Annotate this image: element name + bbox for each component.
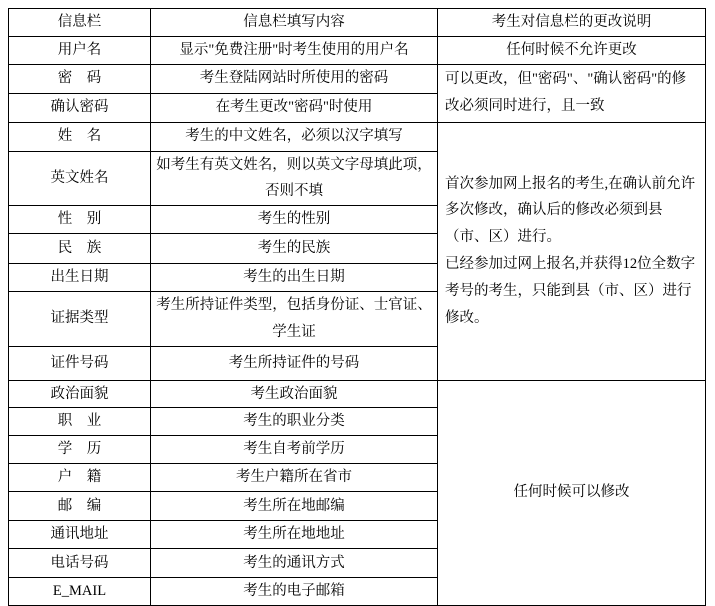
table-row-name: 姓 名 考生的中文姓名，必须以汉字填写 首次参加网上报名的考生,在确认前允许多次… [9, 122, 706, 151]
col-header-content: 信息栏填写内容 [151, 9, 438, 37]
col-header-field: 信息栏 [9, 9, 151, 37]
row-label: 证件号码 [9, 346, 151, 380]
row-content: 考生的通讯方式 [151, 548, 438, 577]
row-content: 在考生更改"密码"时使用 [151, 93, 438, 122]
row-content: 如考生有英文姓名，则以英文字母填此项，否则不填 [151, 151, 438, 206]
identity-note-repeat: 已经参加过网上报名,并获得12位全数字考号的考生，只能到县（市、区）进行修改。 [445, 251, 700, 331]
row-content: 考生政治面貌 [151, 380, 438, 408]
row-content: 考生的中文姓名，必须以汉字填写 [151, 122, 438, 151]
table-row-username: 用户名 显示"免费注册"时考生使用的用户名 任何时候不允许更改 [9, 36, 706, 64]
row-label: 用户名 [9, 36, 151, 64]
row-label: 证据类型 [9, 291, 151, 346]
row-label: E_MAIL [9, 577, 151, 605]
identity-note-first-time: 首次参加网上报名的考生,在确认前允许多次修改，确认后的修改必须到县（市、区）进行… [445, 171, 700, 251]
row-content: 考生所持证件的号码 [151, 346, 438, 380]
row-label: 通讯地址 [9, 520, 151, 548]
row-content: 考生的电子邮箱 [151, 577, 438, 605]
row-label: 民 族 [9, 234, 151, 264]
row-label: 确认密码 [9, 93, 151, 122]
row-label: 姓 名 [9, 122, 151, 151]
registration-fields-table: 信息栏 信息栏填写内容 考生对信息栏的更改说明 用户名 显示"免费注册"时考生使… [8, 8, 706, 606]
note-cell-username: 任何时候不允许更改 [438, 36, 706, 64]
row-label: 英文姓名 [9, 151, 151, 206]
row-content: 考生所在地邮编 [151, 491, 438, 520]
row-label: 户 籍 [9, 464, 151, 492]
row-content: 考生的民族 [151, 234, 438, 264]
row-label: 电话号码 [9, 548, 151, 577]
row-label: 职 业 [9, 408, 151, 436]
col-header-note: 考生对信息栏的更改说明 [438, 9, 706, 37]
row-label: 出生日期 [9, 264, 151, 292]
row-label: 性 别 [9, 206, 151, 234]
row-label: 邮 编 [9, 491, 151, 520]
row-content: 考生登陆网站时所使用的密码 [151, 64, 438, 93]
table-row-password: 密 码 考生登陆网站时所使用的密码 可以更改，但"密码"、"确认密码"的修改必须… [9, 64, 706, 93]
table-row-political-status: 政治面貌 考生政治面貌 任何时候可以修改 [9, 380, 706, 408]
row-content: 考生所持证件类型，包括身份证、士官证、学生证 [151, 291, 438, 346]
row-content: 考生户籍所在省市 [151, 464, 438, 492]
row-content: 考生的性别 [151, 206, 438, 234]
row-content: 考生的职业分类 [151, 408, 438, 436]
note-cell-password: 可以更改，但"密码"、"确认密码"的修改必须同时进行，且一致 [438, 64, 706, 122]
row-label: 学 历 [9, 436, 151, 464]
row-label: 政治面貌 [9, 380, 151, 408]
row-content: 考生所在地地址 [151, 520, 438, 548]
row-content: 考生自考前学历 [151, 436, 438, 464]
header-row: 信息栏 信息栏填写内容 考生对信息栏的更改说明 [9, 9, 706, 37]
row-content: 考生的出生日期 [151, 264, 438, 292]
row-content: 显示"免费注册"时考生使用的用户名 [151, 36, 438, 64]
note-cell-contact: 任何时候可以修改 [438, 380, 706, 605]
note-cell-identity: 首次参加网上报名的考生,在确认前允许多次修改，确认后的修改必须到县（市、区）进行… [438, 122, 706, 380]
row-label: 密 码 [9, 64, 151, 93]
